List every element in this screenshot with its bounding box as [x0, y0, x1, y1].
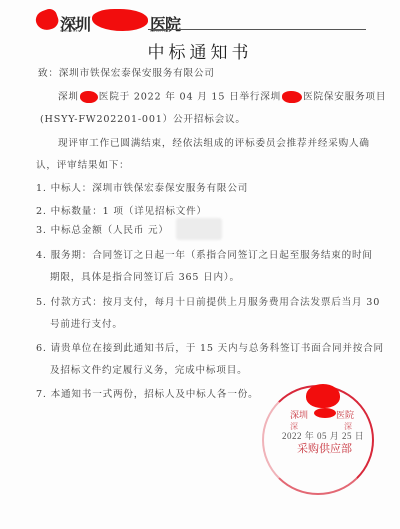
- item-number: 2.: [36, 206, 47, 217]
- hospital-subtext-1: SHENZHEN: [60, 29, 81, 33]
- seal-text-upper-right: 医院: [336, 408, 354, 421]
- list-item-1: 1. 中标人：深圳市铁保宏泰保安服务有限公司: [36, 183, 248, 195]
- item-number: 6.: [36, 343, 47, 354]
- redaction-mark: [306, 384, 340, 408]
- item-text: 中标数量：1 项（详见招标文件）: [51, 206, 207, 217]
- list-item-6: 6. 请贵单位在接到此通知书后，于 15 天内与总务科签订书面合同并按合同: [36, 343, 384, 355]
- item-text: 中标总金额（人民币 元）: [51, 225, 169, 236]
- document-page: 深圳 SHENZHEN 医院 HOSPITAL 中标通知书 致：深圳市铁保宏泰保…: [0, 0, 400, 529]
- document-title: 中标通知书: [0, 38, 400, 63]
- seal-text-upper-left: 深圳: [290, 408, 308, 421]
- redaction-mark: [80, 91, 98, 103]
- intro-line-4: 认，评审结果如下：: [36, 160, 130, 172]
- item-text: 请贵单位在接到此通知书后，于 15 天内与总务科签订书面合同并按合同: [51, 343, 384, 354]
- item-text: 中标人：深圳市铁保宏泰保安服务有限公司: [51, 183, 248, 194]
- intro-text-a: 深圳: [58, 92, 79, 103]
- blurred-amount: [176, 218, 222, 240]
- intro-line-1: 深圳医院于 2022 年 04 月 15 日举行深圳医院保安服务项目: [58, 91, 386, 104]
- intro-text-b: 医院于 2022 年 04 月 15 日举行深圳: [99, 92, 281, 103]
- redaction-mark: [92, 9, 148, 31]
- list-item-5: 5. 付款方式：按月支付，每月十日前提供上月服务费用合法发票后当月 30: [36, 297, 380, 309]
- item-text: 本通知书一式两份，招标人及中标人各一份。: [51, 389, 259, 400]
- list-item-6-cont: 及招标文件约定履行义务，完成中标项目。: [50, 365, 247, 377]
- list-item-5-cont: 号前进行支付。: [50, 319, 123, 331]
- list-item-3: 3. 中标总金额（人民币 元）: [36, 225, 169, 237]
- list-item-2: 2. 中标数量：1 项（详见招标文件）: [36, 206, 207, 218]
- intro-text-c: 医院保安服务项目: [303, 92, 386, 103]
- redaction-mark: [282, 91, 302, 103]
- item-number: 3.: [36, 225, 47, 236]
- letterhead-divider: [148, 29, 366, 30]
- seal-text-bottom: 采购供应部: [297, 440, 352, 456]
- item-number: 4.: [36, 250, 47, 261]
- item-number: 7.: [36, 389, 47, 400]
- intro-line-3: 现评审工作已圆满结束，经依法组成的评标委员会推荐并经采购人确: [58, 138, 370, 150]
- salutation: 致：深圳市铁保宏泰保安服务有限公司: [38, 68, 215, 80]
- intro-line-2: (HSYY-FW202201-001）公开招标会议。: [40, 114, 246, 126]
- item-text: 服务期：合同签订之日起一年（系指合同签订之日起至服务结束的时间: [51, 250, 373, 261]
- item-number: 1.: [36, 183, 47, 194]
- list-item-7: 7. 本通知书一式两份，招标人及中标人各一份。: [36, 389, 259, 401]
- list-item-4: 4. 服务期：合同签订之日起一年（系指合同签订之日起至服务结束的时间: [36, 250, 373, 262]
- redaction-mark: [33, 7, 61, 33]
- item-text: 付款方式：按月支付，每月十日前提供上月服务费用合法发票后当月 30: [51, 297, 380, 308]
- redaction-mark: [314, 408, 336, 418]
- item-number: 5.: [36, 297, 47, 308]
- list-item-4-cont: 期限，具体是指合同签订后 365 日内）。: [50, 272, 240, 284]
